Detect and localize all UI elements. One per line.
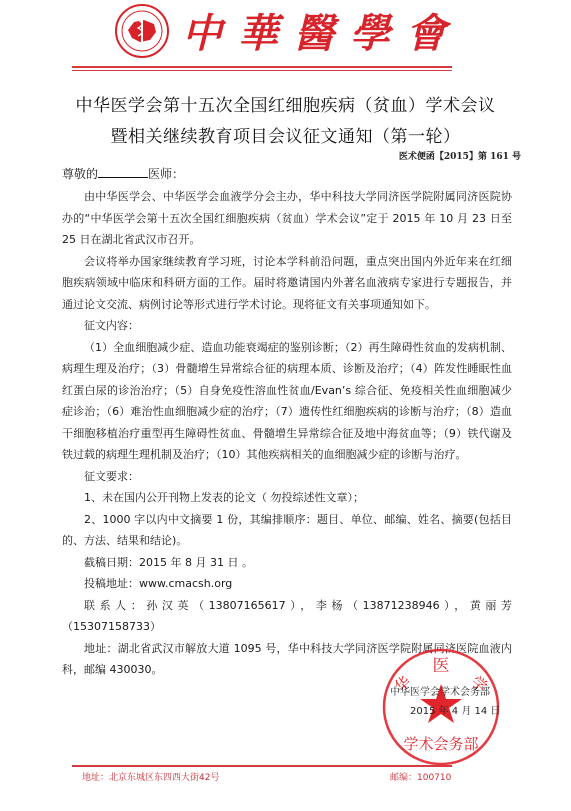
submission-site: 投稿地址：www.cmacsh.org bbox=[62, 573, 512, 595]
notice-title-line2: 暨相关继续教育项目会议征文通知（第一轮） bbox=[0, 122, 571, 147]
signature-date: 2015 年 4 月 14 日 bbox=[410, 702, 500, 717]
signature-organization: 中华医学会学术会务部 bbox=[390, 683, 490, 698]
svg-text:学术会务部: 学术会务部 bbox=[403, 735, 478, 753]
topics-heading: 征文内容： bbox=[62, 315, 512, 337]
topics-paragraph: （1）全血细胞减少症、造血功能衰竭症的鉴别诊断；（2）再生障碍性贫血的发病机制、… bbox=[62, 337, 512, 466]
name-blank-line bbox=[98, 165, 148, 178]
header-divider-thin bbox=[72, 70, 452, 71]
brand-char: 華 bbox=[238, 2, 284, 59]
brand-wordmark: 中 華 醫 學 會 bbox=[182, 4, 442, 56]
svg-text:医: 医 bbox=[433, 656, 450, 676]
association-emblem-icon bbox=[114, 2, 170, 60]
notice-body: 由中华医学会、中华医学会血液学分会主办，华中科技大学同济医学院附属同济医院协办的… bbox=[62, 186, 512, 681]
footer-postcode: 邮编：100710 bbox=[390, 770, 451, 783]
brand-char: 學 bbox=[350, 2, 396, 59]
salutation-prefix: 尊敬的 bbox=[62, 167, 98, 181]
brand-char: 會 bbox=[406, 2, 452, 59]
footer-address: 地址：北京东城区东四西大街42号 bbox=[82, 770, 219, 783]
brand-char: 醫 bbox=[294, 2, 340, 59]
brand-char: 中 bbox=[182, 2, 228, 59]
requirements-heading: 征文要求： bbox=[62, 466, 512, 488]
requirement-1: 1、未在国内公开刊物上发表的论文（ 勿投综述性文章）； bbox=[62, 487, 512, 509]
contacts: 联系人：孙汉英（13807165617），李杨（13871238946），黄丽芳… bbox=[62, 595, 512, 638]
requirement-2: 2、1000 字以内中文摘要 1 份，其编排顺序：题目、单位、邮编、姓名、摘要(… bbox=[62, 509, 512, 552]
intro-paragraph: 由中华医学会、中华医学会血液学分会主办，华中科技大学同济医学院附属同济医院协办的… bbox=[62, 186, 512, 251]
deadline: 截稿日期：2015 年 8 月 31 日 。 bbox=[62, 552, 512, 574]
purpose-paragraph: 会议将举办国家继续教育学习班，讨论本学科前沿问题，重点突出国内外近年来在红细胞疾… bbox=[62, 251, 512, 316]
notice-title-line1: 中华医学会第十五次全国红细胞疾病（贫血）学术会议 bbox=[0, 91, 571, 116]
salutation-suffix: 医师： bbox=[148, 167, 184, 181]
salutation: 尊敬的医师： bbox=[62, 164, 512, 186]
document-number: 医术便函【2015】第 161 号 bbox=[399, 149, 521, 162]
footer-divider bbox=[72, 765, 452, 767]
header-divider bbox=[72, 66, 452, 68]
